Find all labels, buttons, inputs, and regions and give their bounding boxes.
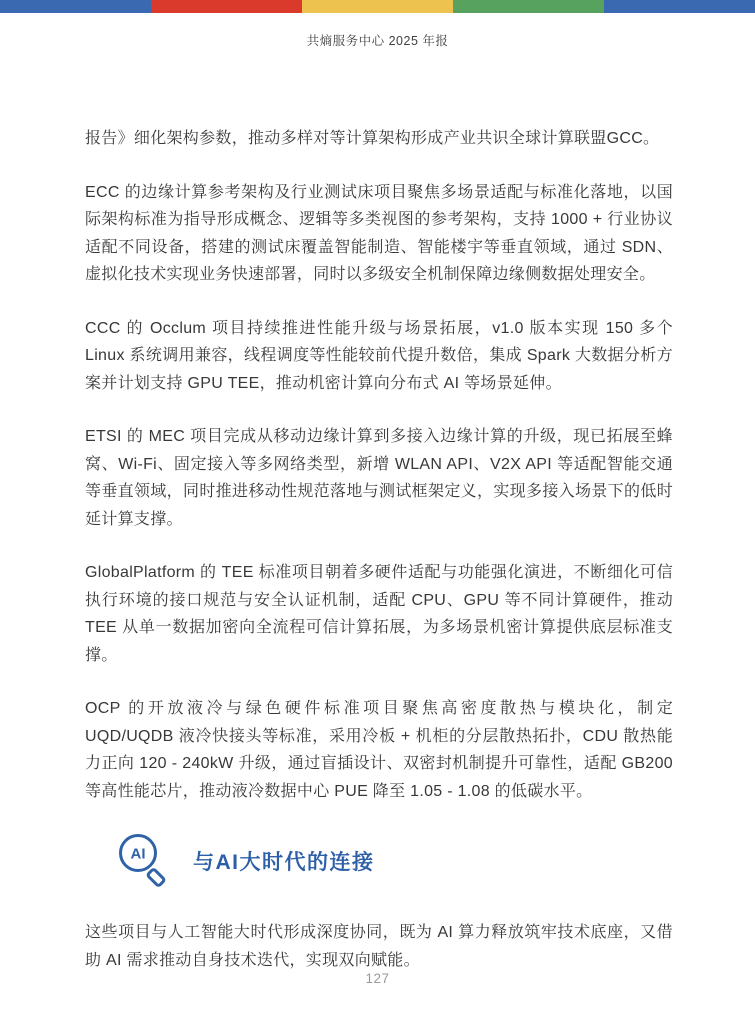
top-color-bar — [0, 0, 755, 13]
document-header-title: 共熵服务中心 2025 年报 — [0, 31, 755, 49]
paragraph-closing: 这些项目与人工智能大时代形成深度协同，既为 AI 算力释放筑牢技术底座，又借助 … — [85, 919, 673, 974]
section-heading: 与AI大时代的连接 — [193, 846, 375, 876]
bar-segment-blue-2 — [604, 0, 755, 13]
page-number: 127 — [0, 971, 755, 986]
ai-magnifier-icon: AI — [113, 831, 171, 891]
bar-segment-yellow — [302, 0, 453, 13]
paragraph-etsi: ETSI 的 MEC 项目完成从移动边缘计算到多接入边缘计算的升级，现已拓展至蜂… — [85, 423, 673, 533]
ai-icon-label: AI — [131, 846, 146, 863]
paragraph-globalplatform: GlobalPlatform 的 TEE 标准项目朝着多硬件适配与功能强化演进，… — [85, 559, 673, 669]
section-header: AI 与AI大时代的连接 — [113, 831, 673, 891]
paragraph-ecc: ECC 的边缘计算参考架构及行业测试床项目聚焦多场景适配与标准化落地，以国际架构… — [85, 179, 673, 289]
page-content: 报告》细化架构参数，推动多样对等计算架构形成产业共识全球计算联盟GCC。 ECC… — [85, 125, 673, 974]
bar-segment-blue-1 — [0, 0, 151, 13]
paragraph-ccc: CCC 的 Occlum 项目持续推进性能升级与场景拓展，v1.0 版本实现 1… — [85, 315, 673, 398]
bar-segment-green — [453, 0, 604, 13]
paragraph-intro: 报告》细化架构参数，推动多样对等计算架构形成产业共识全球计算联盟GCC。 — [85, 125, 673, 153]
bar-segment-red — [151, 0, 302, 13]
paragraph-ocp: OCP 的开放液冷与绿色硬件标准项目聚焦高密度散热与模块化，制定 UQD/UQD… — [85, 695, 673, 805]
